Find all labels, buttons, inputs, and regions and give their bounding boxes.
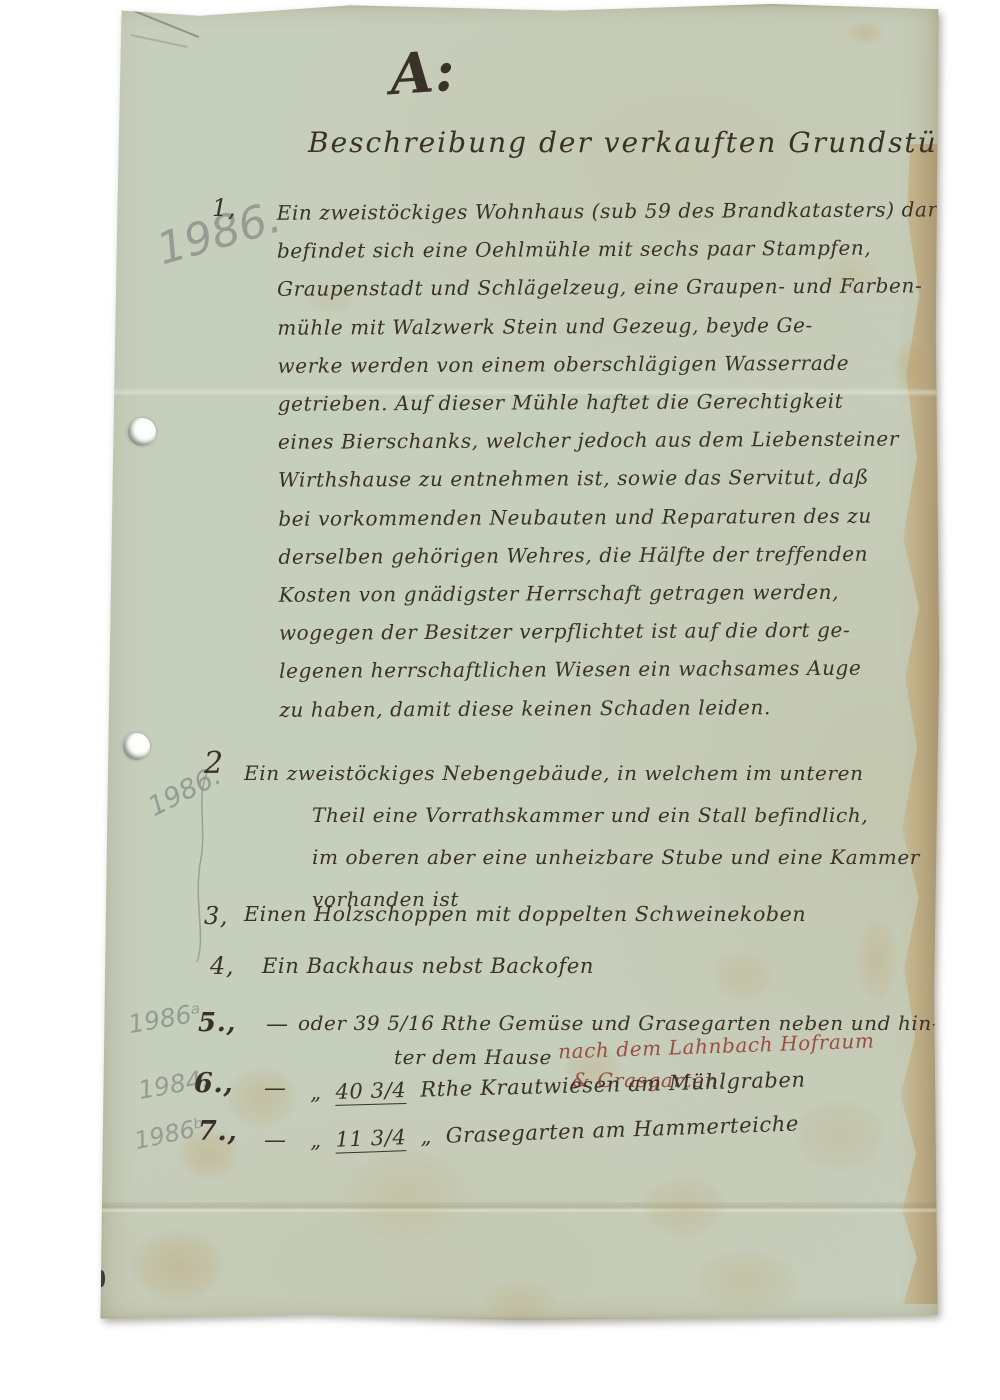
manuscript-line: getrieben. Auf dieser Mühle haftet die G… bbox=[278, 381, 958, 423]
manuscript-line: Ein zweistöckiges Wohnhaus (sub 59 des B… bbox=[277, 190, 957, 232]
stain bbox=[130, 1230, 224, 1302]
measure-value: 40 3/4 bbox=[335, 1078, 406, 1106]
ditto-dash: — bbox=[266, 1012, 289, 1037]
item-number: 6., bbox=[194, 1068, 233, 1099]
title-letter: A: bbox=[388, 38, 458, 108]
ditto-mark: „ bbox=[420, 1124, 432, 1148]
item-number: 1, bbox=[212, 194, 236, 222]
manuscript-line: im oberen aber eine unheizbare Stube und… bbox=[312, 836, 962, 878]
pencil-scribble bbox=[130, 34, 187, 48]
manuscript-line: werke werden von einem oberschlägigen Wa… bbox=[277, 343, 957, 385]
manuscript-line: wogegen der Besitzer verpflichtet ist au… bbox=[279, 610, 959, 652]
manuscript-line: Kosten von gnädigster Herrschaft getrage… bbox=[279, 572, 959, 614]
scanned-document-page: A: Beschreibung der verkauften Grundstüc… bbox=[0, 0, 1000, 1400]
measure-value: 11 3/4 bbox=[335, 1125, 407, 1153]
item-number: 5., bbox=[198, 1008, 236, 1038]
fold-crease bbox=[98, 1202, 940, 1213]
stain bbox=[712, 952, 774, 1000]
item-2-text: Ein zweistöckiges Nebengebäude, in welch… bbox=[312, 752, 962, 920]
punch-hole bbox=[123, 733, 150, 760]
stain bbox=[642, 1176, 726, 1238]
paper-shadow-wrap: A: Beschreibung der verkauften Grundstüc… bbox=[0, 0, 1000, 1400]
item-number: 2 bbox=[204, 746, 224, 781]
pencil-scribble bbox=[119, 4, 199, 38]
stain bbox=[694, 1250, 798, 1312]
item-number: 4, bbox=[210, 952, 234, 980]
manuscript-line: Theil eine Vorrathskammer und ein Stall … bbox=[312, 794, 962, 836]
margin-number-pencil: 1986ᵃ bbox=[126, 998, 203, 1039]
manuscript-line: zu haben, damit diese keinen Schaden lei… bbox=[279, 687, 959, 729]
paper-sheet: A: Beschreibung der verkauften Grundstüc… bbox=[98, 4, 940, 1320]
manuscript-line: Graupenstadt und Schlägelzeug, eine Grau… bbox=[277, 267, 957, 309]
manuscript-line: Grasegarten am Hammerteiche bbox=[445, 1111, 799, 1147]
manuscript-line: befindet sich eine Oehlmühle mit sechs p… bbox=[277, 228, 957, 270]
manuscript-line: Ein zweistöckiges Nebengebäude, in welch… bbox=[244, 752, 962, 794]
item-number: 7., bbox=[198, 1116, 237, 1147]
punch-hole bbox=[128, 418, 156, 446]
stain bbox=[484, 1280, 556, 1322]
item-1-text: Ein zweistöckiges Wohnhaus (sub 59 des B… bbox=[277, 190, 960, 728]
ditto-mark: „ bbox=[310, 1080, 322, 1104]
item-4-text: Ein Backhaus nebst Backofen bbox=[262, 954, 594, 978]
stain bbox=[794, 1100, 886, 1172]
item-7-text: „ 11 3/4 „ Grasegarten am Hammerteiche bbox=[310, 1111, 800, 1154]
manuscript-line: legenen herrschaftlichen Wiesen ein wach… bbox=[279, 649, 959, 691]
manuscript-line: bei vorkommenden Neubauten und Reparatur… bbox=[278, 496, 958, 538]
manuscript-line: mühle mit Walzwerk Stein und Gezeug, bey… bbox=[277, 305, 957, 347]
manuscript-line: eines Bierschanks, welcher jedoch aus de… bbox=[278, 419, 958, 461]
ditto-dash: — bbox=[264, 1076, 287, 1101]
stain bbox=[856, 918, 898, 1002]
manuscript-line: derselben gehörigen Wehres, die Hälfte d… bbox=[278, 534, 958, 576]
item-3-text: Einen Holzschoppen mit doppelten Schwein… bbox=[244, 902, 806, 926]
margin-brace bbox=[192, 764, 212, 964]
manuscript-line: oder 39 5/16 Rthe Gemüse und Grasegarten… bbox=[298, 1006, 978, 1040]
ditto-dash: — bbox=[264, 1128, 287, 1153]
manuscript-line: Wirthshause zu entnehmen ist, sowie das … bbox=[278, 458, 958, 500]
stain bbox=[846, 22, 884, 44]
stain bbox=[344, 1150, 468, 1242]
margin-number-pencil: 1986ᵇ bbox=[132, 1113, 208, 1155]
ink-fleck bbox=[97, 1270, 105, 1287]
ditto-mark: „ bbox=[310, 1128, 322, 1152]
document-heading: Beschreibung der verkauften Grundstücke bbox=[308, 126, 993, 159]
item-number: 3, bbox=[204, 902, 228, 930]
